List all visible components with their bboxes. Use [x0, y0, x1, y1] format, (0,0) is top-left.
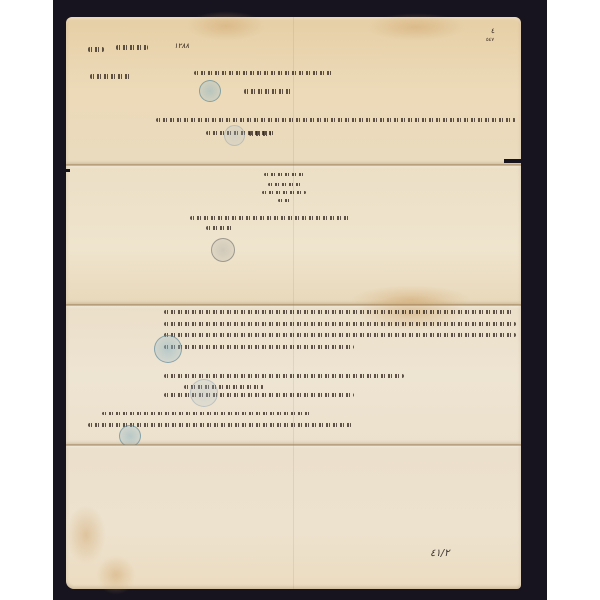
- handwriting-line: [164, 345, 354, 349]
- tear-notch: [504, 159, 521, 163]
- ink-seal: [154, 335, 182, 363]
- header-year: ١٢٨٨: [174, 42, 189, 50]
- stain: [186, 11, 266, 41]
- stain: [66, 505, 106, 565]
- handwriting-line: [194, 71, 334, 75]
- ink-seal: [199, 80, 221, 102]
- handwriting-line: [264, 173, 304, 176]
- stain: [96, 555, 136, 595]
- fold-line: [66, 164, 521, 166]
- handwriting-line: [116, 45, 148, 50]
- stain: [366, 13, 466, 41]
- handwriting-line: [164, 322, 516, 326]
- fold-line: [66, 444, 521, 446]
- handwriting-line: [88, 47, 104, 52]
- center-crease: [293, 165, 294, 305]
- handwriting-line: [164, 333, 516, 337]
- handwriting-line: [164, 310, 512, 314]
- fold-line: [66, 304, 521, 306]
- folio-sub-number: ٥٤٧: [486, 37, 494, 43]
- center-crease: [293, 445, 294, 589]
- handwriting-line: [156, 118, 516, 122]
- handwriting-line: [268, 183, 302, 186]
- handwriting-line: [206, 226, 234, 230]
- document-panel-3: [66, 305, 521, 445]
- document-panel-2: [66, 165, 521, 305]
- handwriting-line: [102, 412, 312, 415]
- handwriting-line: [249, 131, 271, 136]
- handwriting-line: [244, 89, 292, 94]
- folded-document: ١٢٨٨ ٤ ٥٤٧: [66, 17, 521, 589]
- handwriting-line: [190, 216, 350, 220]
- document-panel-4: ٤١/٢: [66, 445, 521, 589]
- center-crease: [293, 17, 294, 165]
- folio-number: ٤: [491, 27, 495, 35]
- ink-seal: [211, 238, 235, 262]
- archive-annotation: ٤١/٢: [430, 548, 449, 559]
- handwriting-line: [164, 374, 404, 378]
- tear-notch: [66, 169, 70, 172]
- handwriting-line: [262, 191, 306, 194]
- ink-seal: [190, 379, 218, 407]
- document-panel-1: ١٢٨٨ ٤ ٥٤٧: [66, 17, 521, 165]
- ink-seal: [224, 125, 245, 146]
- handwriting-line: [278, 199, 292, 202]
- handwriting-line: [90, 74, 132, 79]
